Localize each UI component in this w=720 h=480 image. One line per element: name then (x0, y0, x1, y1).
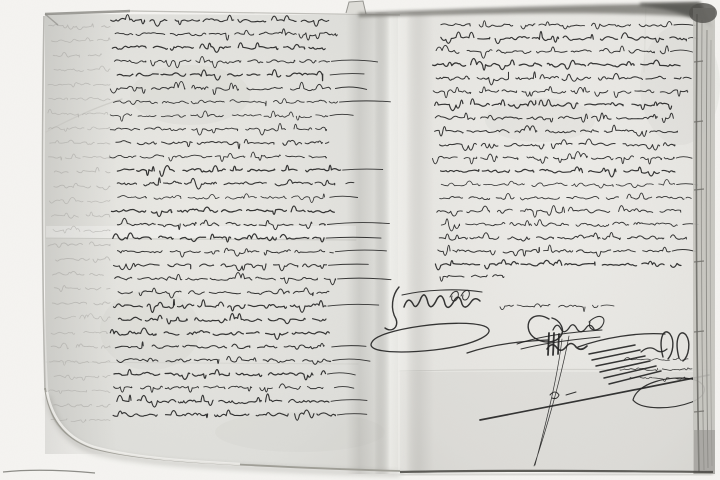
photo-grain (0, 0, 720, 480)
manuscript-photo: bold signature with tall curled lead-in … (0, 0, 720, 480)
photo-canvas: bold signature with tall curled lead-in … (0, 0, 720, 480)
